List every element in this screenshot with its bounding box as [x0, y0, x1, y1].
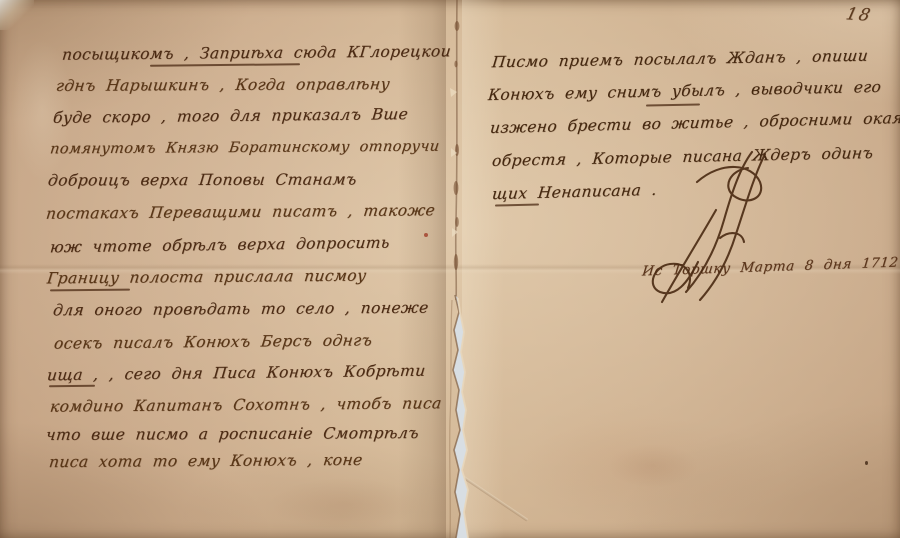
manuscript-line: буде скоро , того для приказалъ Вше — [52, 105, 409, 128]
paper-corner-highlight — [0, 0, 34, 30]
dirt-speck — [865, 461, 868, 465]
manuscript-line: посыщикомъ , Заприѣха сюда КГлорецкои — [61, 42, 452, 64]
manuscript-line: постакахъ Переващими писатъ , такоже — [45, 201, 436, 223]
manuscript-line: комдино Капитанъ Сохотнъ , чтобъ писа — [49, 394, 443, 416]
signature-flourish — [602, 142, 792, 307]
manuscript-line: что вше писмо а росписанiе Смотрѣлъ — [45, 424, 420, 445]
photo-frame: посыщикомъ , Заприѣха сюда КГлорецкои гд… — [0, 0, 900, 538]
manuscript-line: помянутомъ Князю Боратинскому отпоручи — [49, 138, 441, 160]
stain — [270, 478, 420, 530]
manuscript-line: осекъ писалъ Конюхъ Берсъ однгъ — [53, 331, 373, 353]
center-fold-tear — [428, 0, 508, 538]
manuscript-line: гднъ Нарышкинъ , Когда оправлѣну — [55, 75, 391, 96]
manuscript-line: Границу полоста прислала писмоу — [46, 267, 368, 289]
manuscript-line: для оного провѣдать то село , понеже — [52, 299, 429, 321]
stain — [608, 444, 698, 488]
manuscript-line: писа хота то ему Конюхъ , коне — [48, 451, 364, 472]
manuscript-line: доброицъ верха Поповы Станамъ — [47, 170, 358, 190]
page-number: 18 — [844, 5, 874, 25]
